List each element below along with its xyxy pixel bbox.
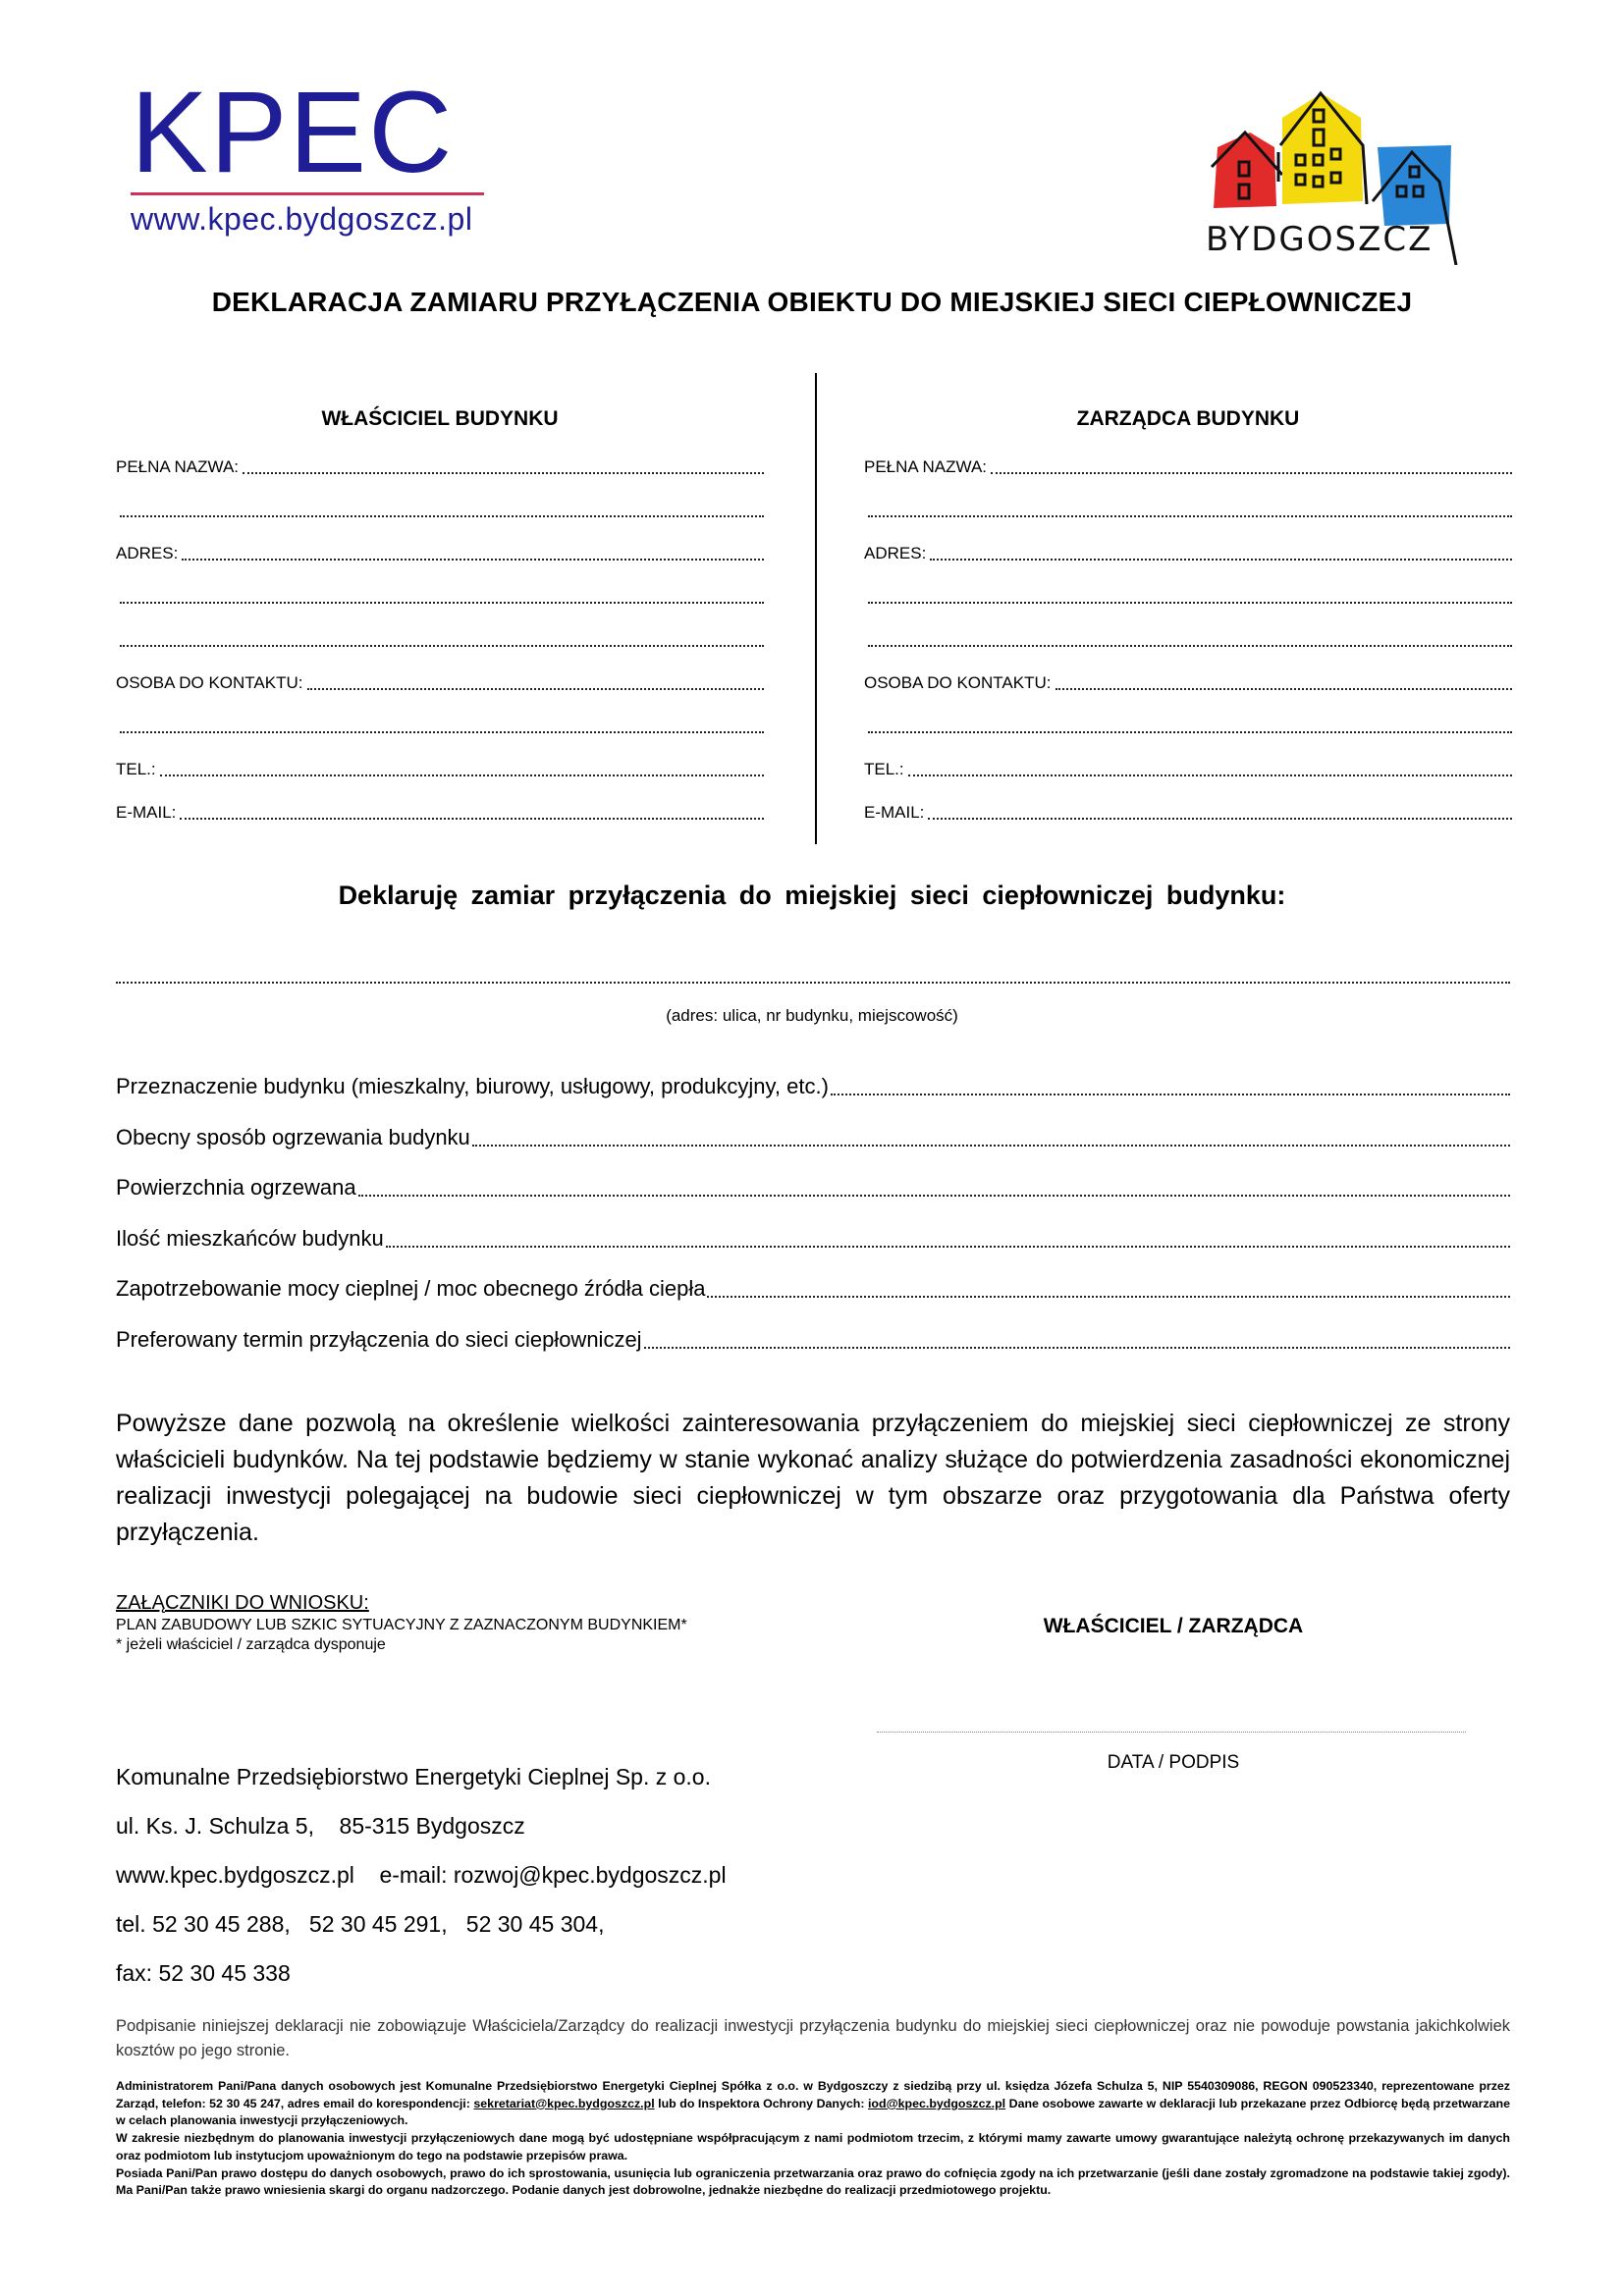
owner-section: WŁAŚCICIEL BUDYNKU PEŁNA NAZWA: ADRES:OS… (116, 407, 764, 843)
building-detail-row: Obecny sposób ogrzewania budynku (116, 1123, 1510, 1174)
row-input[interactable] (707, 1274, 1510, 1298)
row-label: Preferowany termin przyłączenia do sieci… (116, 1325, 642, 1376)
field-input[interactable] (243, 454, 764, 474)
declaration-heading: Deklaruję zamiar przyłączenia do miejski… (0, 881, 1624, 911)
signature-caption: DATA / PODPIS (864, 1752, 1483, 1774)
field-label: PEŁNA NAZWA: (864, 454, 991, 498)
field-input[interactable] (160, 757, 764, 776)
field-input[interactable] (928, 800, 1512, 820)
attachments-section: ZAŁĄCZNIKI DO WNIOSKU: PLAN ZABUDOWY LUB… (116, 1592, 823, 1654)
attachments-heading: ZAŁĄCZNIKI DO WNIOSKU: (116, 1592, 823, 1615)
field-input[interactable] (930, 541, 1512, 561)
row-input[interactable] (472, 1123, 1510, 1147)
form-field: TEL.: (864, 757, 1512, 800)
form-field (864, 627, 1512, 670)
field-label: ADRES: (116, 541, 182, 584)
field-label: ADRES: (864, 541, 930, 584)
secretariat-email-link[interactable]: sekretariat@kpec.bydgoszcz.pl (473, 2097, 654, 2110)
field-label: OSOBA DO KONTAKTU: (864, 670, 1056, 714)
form-field: ADRES: (116, 541, 764, 584)
row-input[interactable] (644, 1325, 1510, 1349)
form-field: E-MAIL: (864, 800, 1512, 843)
company-fax: fax: 52 30 45 338 (116, 1958, 727, 2007)
declaration-address-field[interactable] (116, 982, 1510, 984)
form-field: PEŁNA NAZWA: (116, 454, 764, 498)
signature-heading: WŁAŚCICIEL / ZARZĄDCA (864, 1615, 1483, 1638)
row-input[interactable] (831, 1072, 1510, 1095)
kpec-logo: KPEC www.kpec.bydgoszcz.pl (131, 79, 486, 238)
attachment-footnote: * jeżeli właściciel / zarządca dysponuje (116, 1636, 823, 1654)
gdpr-text: lub do Inspektora Ochrony Danych: (655, 2097, 868, 2110)
gdpr-notice: Administratorem Pani/Pana danych osobowy… (116, 2078, 1510, 2200)
form-field (116, 584, 764, 627)
kpec-logo-text: KPEC (131, 79, 486, 187)
field-input[interactable] (120, 714, 764, 733)
row-label: Przeznaczenie budynku (mieszkalny, biuro… (116, 1072, 829, 1123)
form-field (116, 498, 764, 541)
building-detail-row: Zapotrzebowanie mocy cieplnej / moc obec… (116, 1274, 1510, 1325)
bydgoszcz-logo-text: BYDGOSZCZ (1206, 220, 1433, 259)
form-field: TEL.: (116, 757, 764, 800)
signature-field[interactable] (877, 1732, 1466, 1733)
disclaimer: Podpisanie niniejszej deklaracji nie zob… (116, 2014, 1510, 2063)
field-input[interactable] (120, 498, 764, 517)
houses-icon: BYDGOSZCZ (1206, 79, 1500, 265)
field-input[interactable] (991, 454, 1512, 474)
column-divider (815, 373, 817, 844)
field-input[interactable] (908, 757, 1512, 776)
field-input[interactable] (180, 800, 764, 820)
field-input[interactable] (868, 627, 1512, 647)
building-details: Przeznaczenie budynku (mieszkalny, biuro… (116, 1072, 1510, 1375)
field-label: E-MAIL: (116, 800, 180, 843)
document-title: DEKLARACJA ZAMIARU PRZYŁĄCZENIA OBIEKTU … (0, 287, 1624, 318)
form-field: ADRES: (864, 541, 1512, 584)
building-detail-row: Powierzchnia ogrzewana (116, 1173, 1510, 1224)
manager-heading: ZARZĄDCA BUDYNKU (864, 407, 1512, 431)
building-detail-row: Przeznaczenie budynku (mieszkalny, biuro… (116, 1072, 1510, 1123)
field-input[interactable] (120, 584, 764, 604)
company-name: Komunalne Przedsiębiorstwo Energetyki Ci… (116, 1762, 727, 1811)
form-field: OSOBA DO KONTAKTU: (864, 670, 1512, 714)
declaration-address-hint: (adres: ulica, nr budynku, miejscowość) (0, 1006, 1624, 1026)
field-input[interactable] (120, 627, 764, 647)
row-label: Ilość mieszkańców budynku (116, 1224, 384, 1275)
field-input[interactable] (868, 714, 1512, 733)
field-input[interactable] (307, 670, 765, 690)
row-label: Obecny sposób ogrzewania budynku (116, 1123, 470, 1174)
field-label: TEL.: (116, 757, 160, 800)
form-field: E-MAIL: (116, 800, 764, 843)
form-field (864, 584, 1512, 627)
company-contact: Komunalne Przedsiębiorstwo Energetyki Ci… (116, 1762, 727, 2007)
company-phones: tel. 52 30 45 288, 52 30 45 291, 52 30 4… (116, 1909, 727, 1958)
attachment-item: PLAN ZABUDOWY LUB SZKIC SYTUACYJNY Z ZAZ… (116, 1617, 823, 1634)
field-label: OSOBA DO KONTAKTU: (116, 670, 307, 714)
field-input[interactable] (868, 584, 1512, 604)
row-label: Zapotrzebowanie mocy cieplnej / moc obec… (116, 1274, 705, 1325)
row-input[interactable] (358, 1173, 1510, 1197)
kpec-url: www.kpec.bydgoszcz.pl (131, 201, 486, 238)
form-field (864, 714, 1512, 757)
company-address: ul. Ks. J. Schulza 5, 85-315 Bydgoszcz (116, 1811, 727, 1860)
field-label: E-MAIL: (864, 800, 928, 843)
owner-heading: WŁAŚCICIEL BUDYNKU (116, 407, 764, 431)
info-paragraph: Powyższe dane pozwolą na określenie wiel… (116, 1406, 1510, 1551)
company-web-email: www.kpec.bydgoszcz.pl e-mail: rozwoj@kpe… (116, 1860, 727, 1909)
form-field (864, 498, 1512, 541)
manager-section: ZARZĄDCA BUDYNKU PEŁNA NAZWA: ADRES:OSOB… (864, 407, 1512, 843)
field-label: TEL.: (864, 757, 908, 800)
form-field (116, 627, 764, 670)
row-label: Powierzchnia ogrzewana (116, 1173, 356, 1224)
form-field: PEŁNA NAZWA: (864, 454, 1512, 498)
form-field (116, 714, 764, 757)
building-detail-row: Ilość mieszkańców budynku (116, 1224, 1510, 1275)
row-input[interactable] (386, 1224, 1510, 1248)
building-detail-row: Preferowany termin przyłączenia do sieci… (116, 1325, 1510, 1376)
form-field: OSOBA DO KONTAKTU: (116, 670, 764, 714)
gdpr-paragraph-3: Posiada Pani/Pan prawo dostępu do danych… (116, 2165, 1510, 2200)
field-input[interactable] (1056, 670, 1513, 690)
field-input[interactable] (868, 498, 1512, 517)
gdpr-paragraph-2: W zakresie niezbędnym do planowania inwe… (116, 2130, 1510, 2164)
bydgoszcz-city-logo: BYDGOSZCZ (1206, 79, 1500, 265)
field-input[interactable] (182, 541, 764, 561)
iod-email-link[interactable]: iod@kpec.bydgoszcz.pl (868, 2097, 1005, 2110)
field-label: PEŁNA NAZWA: (116, 454, 243, 498)
gdpr-paragraph-1: Administratorem Pani/Pana danych osobowy… (116, 2078, 1510, 2130)
